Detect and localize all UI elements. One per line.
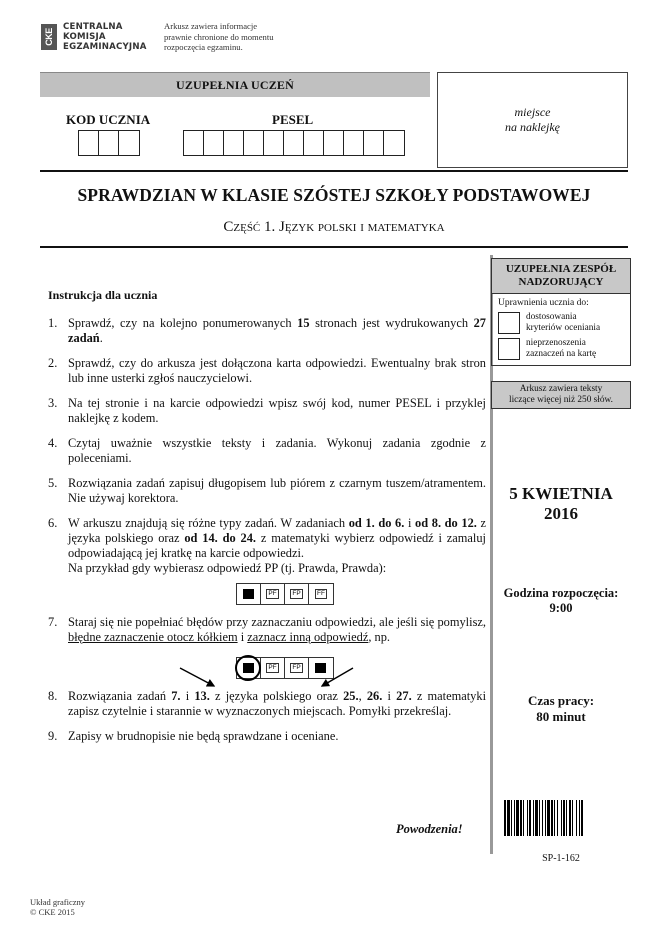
supervisor-panel-title: UZUPEŁNIA ZESPÓŁ NADZORUJĄCY [492, 259, 630, 294]
digit-box[interactable] [284, 131, 304, 155]
option-adjusted-criteria[interactable]: dostosowaniakryteriów oceniania [498, 312, 624, 334]
filled-box [315, 663, 326, 673]
cke-logo: CKE CENTRALNA KOMISJA EGZAMINACYJNA [41, 22, 147, 52]
sticker-area: miejsce na naklejkę [437, 72, 628, 168]
instruction-item: 2.Sprawdź, czy do arkusza jest dołączona… [48, 356, 486, 386]
duration: Czas pracy: 80 minut [491, 693, 631, 725]
long-text-note: Arkusz zawiera teksty liczące więcej niż… [491, 381, 631, 409]
digit-box[interactable] [244, 131, 264, 155]
instructions-title: Instrukcja dla ucznia [48, 288, 157, 303]
supervisor-panel: UZUPEŁNIA ZESPÓŁ NADZORUJĄCY Uprawnienia… [491, 258, 631, 366]
student-section-title: UZUPEŁNIA UCZEŃ [40, 72, 430, 97]
checkbox[interactable] [498, 312, 520, 334]
barcode [504, 800, 622, 836]
instruction-item: 4.Czytaj uważnie wszystkie teksty i zada… [48, 436, 486, 466]
pesel-label: PESEL [272, 112, 313, 128]
divider [40, 170, 628, 172]
cke-logo-text: CENTRALNA KOMISJA EGZAMINACYJNA [63, 22, 147, 52]
digit-box[interactable] [79, 131, 99, 155]
digit-box[interactable] [224, 131, 244, 155]
digit-box[interactable] [99, 131, 119, 155]
digit-box[interactable] [204, 131, 224, 155]
filled-box [243, 589, 254, 599]
digit-box[interactable] [384, 131, 404, 155]
exam-code: SP-1-162 [491, 853, 631, 864]
good-luck: Powodzenia! [396, 822, 463, 837]
instruction-item: 3.Na tej stronie i na karcie odpowiedzi … [48, 396, 486, 426]
instruction-item: 6.W arkuszu znajdują się różne typy zada… [48, 516, 486, 605]
instruction-item: 5.Rozwiązania zadań zapisuj długopisem l… [48, 476, 486, 506]
digit-box[interactable] [344, 131, 364, 155]
circle-mark [235, 655, 261, 681]
instruction-item: 7.Staraj się nie popełniać błędów przy z… [48, 615, 486, 679]
digit-box[interactable] [264, 131, 284, 155]
digit-box[interactable] [184, 131, 204, 155]
digit-box[interactable] [304, 131, 324, 155]
instructions-list: 1.Sprawdź, czy na kolejno ponumerowanych… [48, 316, 486, 754]
confidentiality-notice: Arkusz zawiera informacje prawnie chroni… [164, 21, 274, 53]
exam-date: 5 KWIETNIA 2016 [491, 484, 631, 524]
digit-box[interactable] [324, 131, 344, 155]
digit-box[interactable] [364, 131, 384, 155]
answer-example: PFFP [236, 657, 334, 679]
cke-logo-mark: CKE [41, 24, 57, 50]
answer-example: PFFPFF [236, 583, 334, 605]
student-code-label: KOD UCZNIA [66, 112, 150, 128]
exam-subtitle: Część 1. Język polski i matematyka [40, 219, 628, 236]
instruction-item: 9.Zapisy w brudnopisie nie będą sprawdza… [48, 729, 486, 744]
footer: Układ graficzny © CKE 2015 [30, 897, 85, 917]
pesel-field[interactable] [183, 130, 405, 156]
start-time: Godzina rozpoczęcia: 9:00 [491, 586, 631, 616]
instruction-item: 1.Sprawdź, czy na kolejno ponumerowanych… [48, 316, 486, 346]
student-section: UZUPEŁNIA UCZEŃ KOD UCZNIA PESEL [40, 72, 430, 170]
divider [40, 246, 628, 248]
rights-label: Uprawnienia ucznia do: [498, 298, 624, 308]
digit-box[interactable] [119, 131, 139, 155]
checkbox[interactable] [498, 338, 520, 360]
instruction-item: 8.Rozwiązania zadań 7. i 13. z języka po… [48, 689, 486, 719]
option-no-transfer[interactable]: nieprzenoszeniazaznaczeń na kartę [498, 338, 624, 360]
exam-title: SPRAWDZIAN W KLASIE SZÓSTEJ SZKOŁY PODST… [40, 185, 628, 206]
student-code-field[interactable] [78, 130, 140, 156]
